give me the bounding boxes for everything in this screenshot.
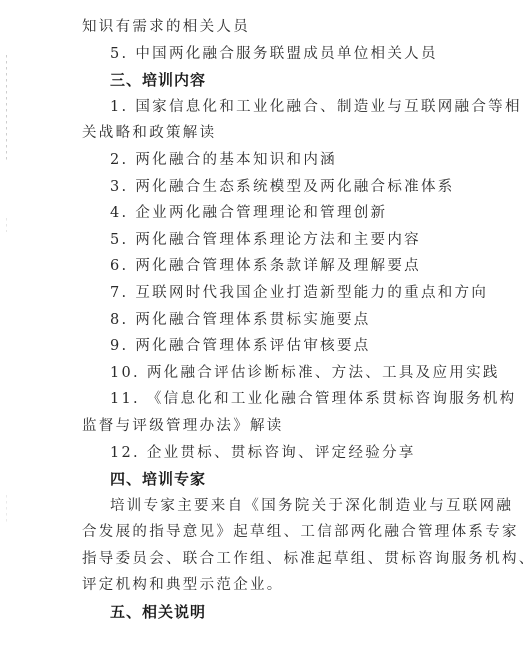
section-heading-training-experts: 四、培训专家 xyxy=(82,466,450,493)
list-item: 4. 企业两化融合管理理论和管理创新 xyxy=(82,200,450,227)
list-item: 5. 中国两化融合服务联盟成员单位相关人员 xyxy=(82,41,450,68)
binding-margin-marks xyxy=(6,495,7,525)
list-item: 1. 国家信息化和工业化融合、制造业与互联网融合等相 xyxy=(82,94,450,121)
list-item: 5. 两化融合管理体系理论方法和主要内容 xyxy=(82,227,450,254)
paragraph-line: 培训专家主要来自《国务院关于深化制造业与互联网融 xyxy=(82,493,450,520)
paragraph-line: 合发展的指导意见》起草组、工信部两化融合管理体系专家 xyxy=(82,519,450,546)
list-item: 8. 两化融合管理体系贯标实施要点 xyxy=(82,307,450,334)
section-heading-related-notes: 五、相关说明 xyxy=(82,599,450,626)
list-item-continuation: 监督与评级管理办法》解读 xyxy=(82,413,450,440)
binding-margin-marks xyxy=(6,218,7,232)
document-page: 知识有需求的相关人员 5. 中国两化融合服务联盟成员单位相关人员 三、培训内容 … xyxy=(0,0,525,647)
list-item: 2. 两化融合的基本知识和内涵 xyxy=(82,147,450,174)
section-heading-training-content: 三、培训内容 xyxy=(82,67,450,94)
list-item: 12. 企业贯标、贯标咨询、评定经验分享 xyxy=(82,440,450,467)
list-item: 9. 两化融合管理体系评估审核要点 xyxy=(82,333,450,360)
paragraph-line: 指导委员会、联合工作组、标准起草组、贯标咨询服务机构、 xyxy=(82,546,450,573)
experts-paragraph: 培训专家主要来自《国务院关于深化制造业与互联网融 合发展的指导意见》起草组、工信… xyxy=(82,493,450,599)
paragraph-line: 评定机构和典型示范企业。 xyxy=(82,572,450,599)
list-item: 6. 两化融合管理体系条款详解及理解要点 xyxy=(82,253,450,280)
binding-margin-marks xyxy=(6,55,7,160)
list-item-continuation: 关战略和政策解读 xyxy=(82,120,450,147)
list-item: 11. 《信息化和工业化融合管理体系贯标咨询服务机构 xyxy=(82,386,450,413)
list-item: 10. 两化融合评估诊断标准、方法、工具及应用实践 xyxy=(82,360,450,387)
text-line: 知识有需求的相关人员 xyxy=(82,14,450,41)
list-item: 7. 互联网时代我国企业打造新型能力的重点和方向 xyxy=(82,280,450,307)
list-item: 3. 两化融合生态系统模型及两化融合标准体系 xyxy=(82,174,450,201)
document-body: 知识有需求的相关人员 5. 中国两化融合服务联盟成员单位相关人员 三、培训内容 … xyxy=(82,14,450,626)
